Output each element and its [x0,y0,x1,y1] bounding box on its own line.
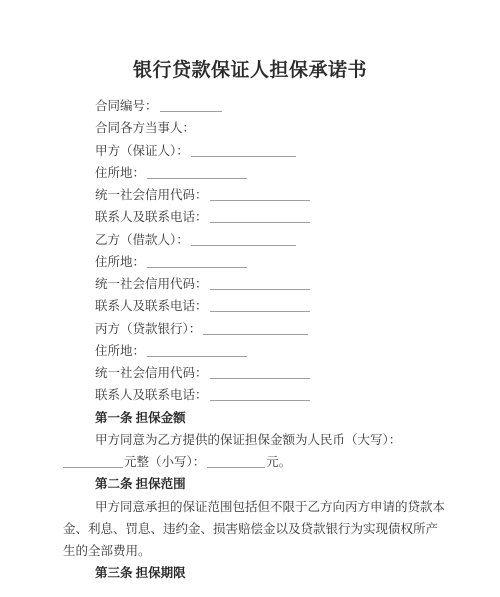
party-b-address-row: 住所地： [63,251,463,273]
contract-number-label: 合同编号： [95,99,158,113]
party-b-contact-blank [210,299,310,312]
article-1-body-line-1: 甲方同意为乙方提供的保证担保金额为人民币（大写）： [63,429,463,451]
amount-suffix-label: 元。 [266,455,291,469]
party-b-address-label: 住所地： [95,255,145,269]
party-c-contact-row: 联系人及联系电话： [63,384,463,406]
party-b-contact-row: 联系人及联系电话： [63,295,463,317]
contract-number-blank [160,99,222,112]
amount-words-blank [63,455,123,468]
party-a-credit-code-label: 统一社会信用代码： [95,188,208,202]
party-c-address-label: 住所地： [95,344,145,358]
contract-document-page: 银行贷款保证人担保承诺书 合同编号： 合同各方当事人： 甲方（保证人）： 住所地… [0,0,500,597]
party-a-address-row: 住所地： [63,162,463,184]
document-body: 合同编号： 合同各方当事人： 甲方（保证人）： 住所地： 统一社会信用代码： 联… [63,95,463,585]
party-b-name-label: 乙方（借款人）： [95,233,189,247]
party-b-address-blank [147,255,247,268]
article-2-body-line-1: 甲方同意承担的保证范围包括但不限于乙方向丙方申请的贷款本 [63,496,463,518]
party-c-credit-code-row: 统一社会信用代码： [63,362,463,384]
contract-number-row: 合同编号： [63,95,463,117]
party-a-address-blank [147,166,247,179]
party-b-credit-code-label: 统一社会信用代码： [95,277,208,291]
party-a-name-row: 甲方（保证人）： [63,140,463,162]
party-a-credit-code-blank [210,188,310,201]
party-b-name-blank [191,233,296,246]
party-c-contact-blank [210,388,310,401]
party-a-name-label: 甲方（保证人）： [95,144,189,158]
amount-figures-blank [207,455,265,468]
article-2-heading: 第二条 担保范围 [63,473,463,495]
party-c-name-blank [203,322,308,335]
article-2-body-line-3: 生的全部费用。 [63,540,463,562]
party-c-credit-code-blank [210,366,310,379]
party-b-credit-code-row: 统一社会信用代码： [63,273,463,295]
party-a-name-blank [191,144,296,157]
amount-mid-label: 元整（小写）： [124,455,205,469]
article-2-body-line-2: 金、利息、罚息、违约金、损害赔偿金以及贷款银行为实现债权所产 [63,518,463,540]
party-a-contact-label: 联系人及联系电话： [95,210,208,224]
document-title: 银行贷款保证人担保承诺书 [0,55,500,82]
party-c-name-row: 丙方（贷款银行）： [63,318,463,340]
parties-heading: 合同各方当事人： [63,117,463,139]
party-a-contact-row: 联系人及联系电话： [63,206,463,228]
party-c-contact-label: 联系人及联系电话： [95,388,208,402]
party-b-credit-code-blank [210,277,310,290]
party-a-credit-code-row: 统一社会信用代码： [63,184,463,206]
party-c-address-row: 住所地： [63,340,463,362]
party-b-contact-label: 联系人及联系电话： [95,299,208,313]
article-1-amount-row: 元整（小写）：元。 [63,451,463,473]
party-c-credit-code-label: 统一社会信用代码： [95,366,208,380]
party-c-address-blank [147,344,247,357]
article-3-heading: 第三条 担保期限 [63,562,463,584]
party-b-name-row: 乙方（借款人）： [63,229,463,251]
article-1-heading: 第一条 担保金额 [63,407,463,429]
party-c-name-label: 丙方（贷款银行）： [95,322,201,336]
party-a-contact-blank [210,210,310,223]
party-a-address-label: 住所地： [95,166,145,180]
